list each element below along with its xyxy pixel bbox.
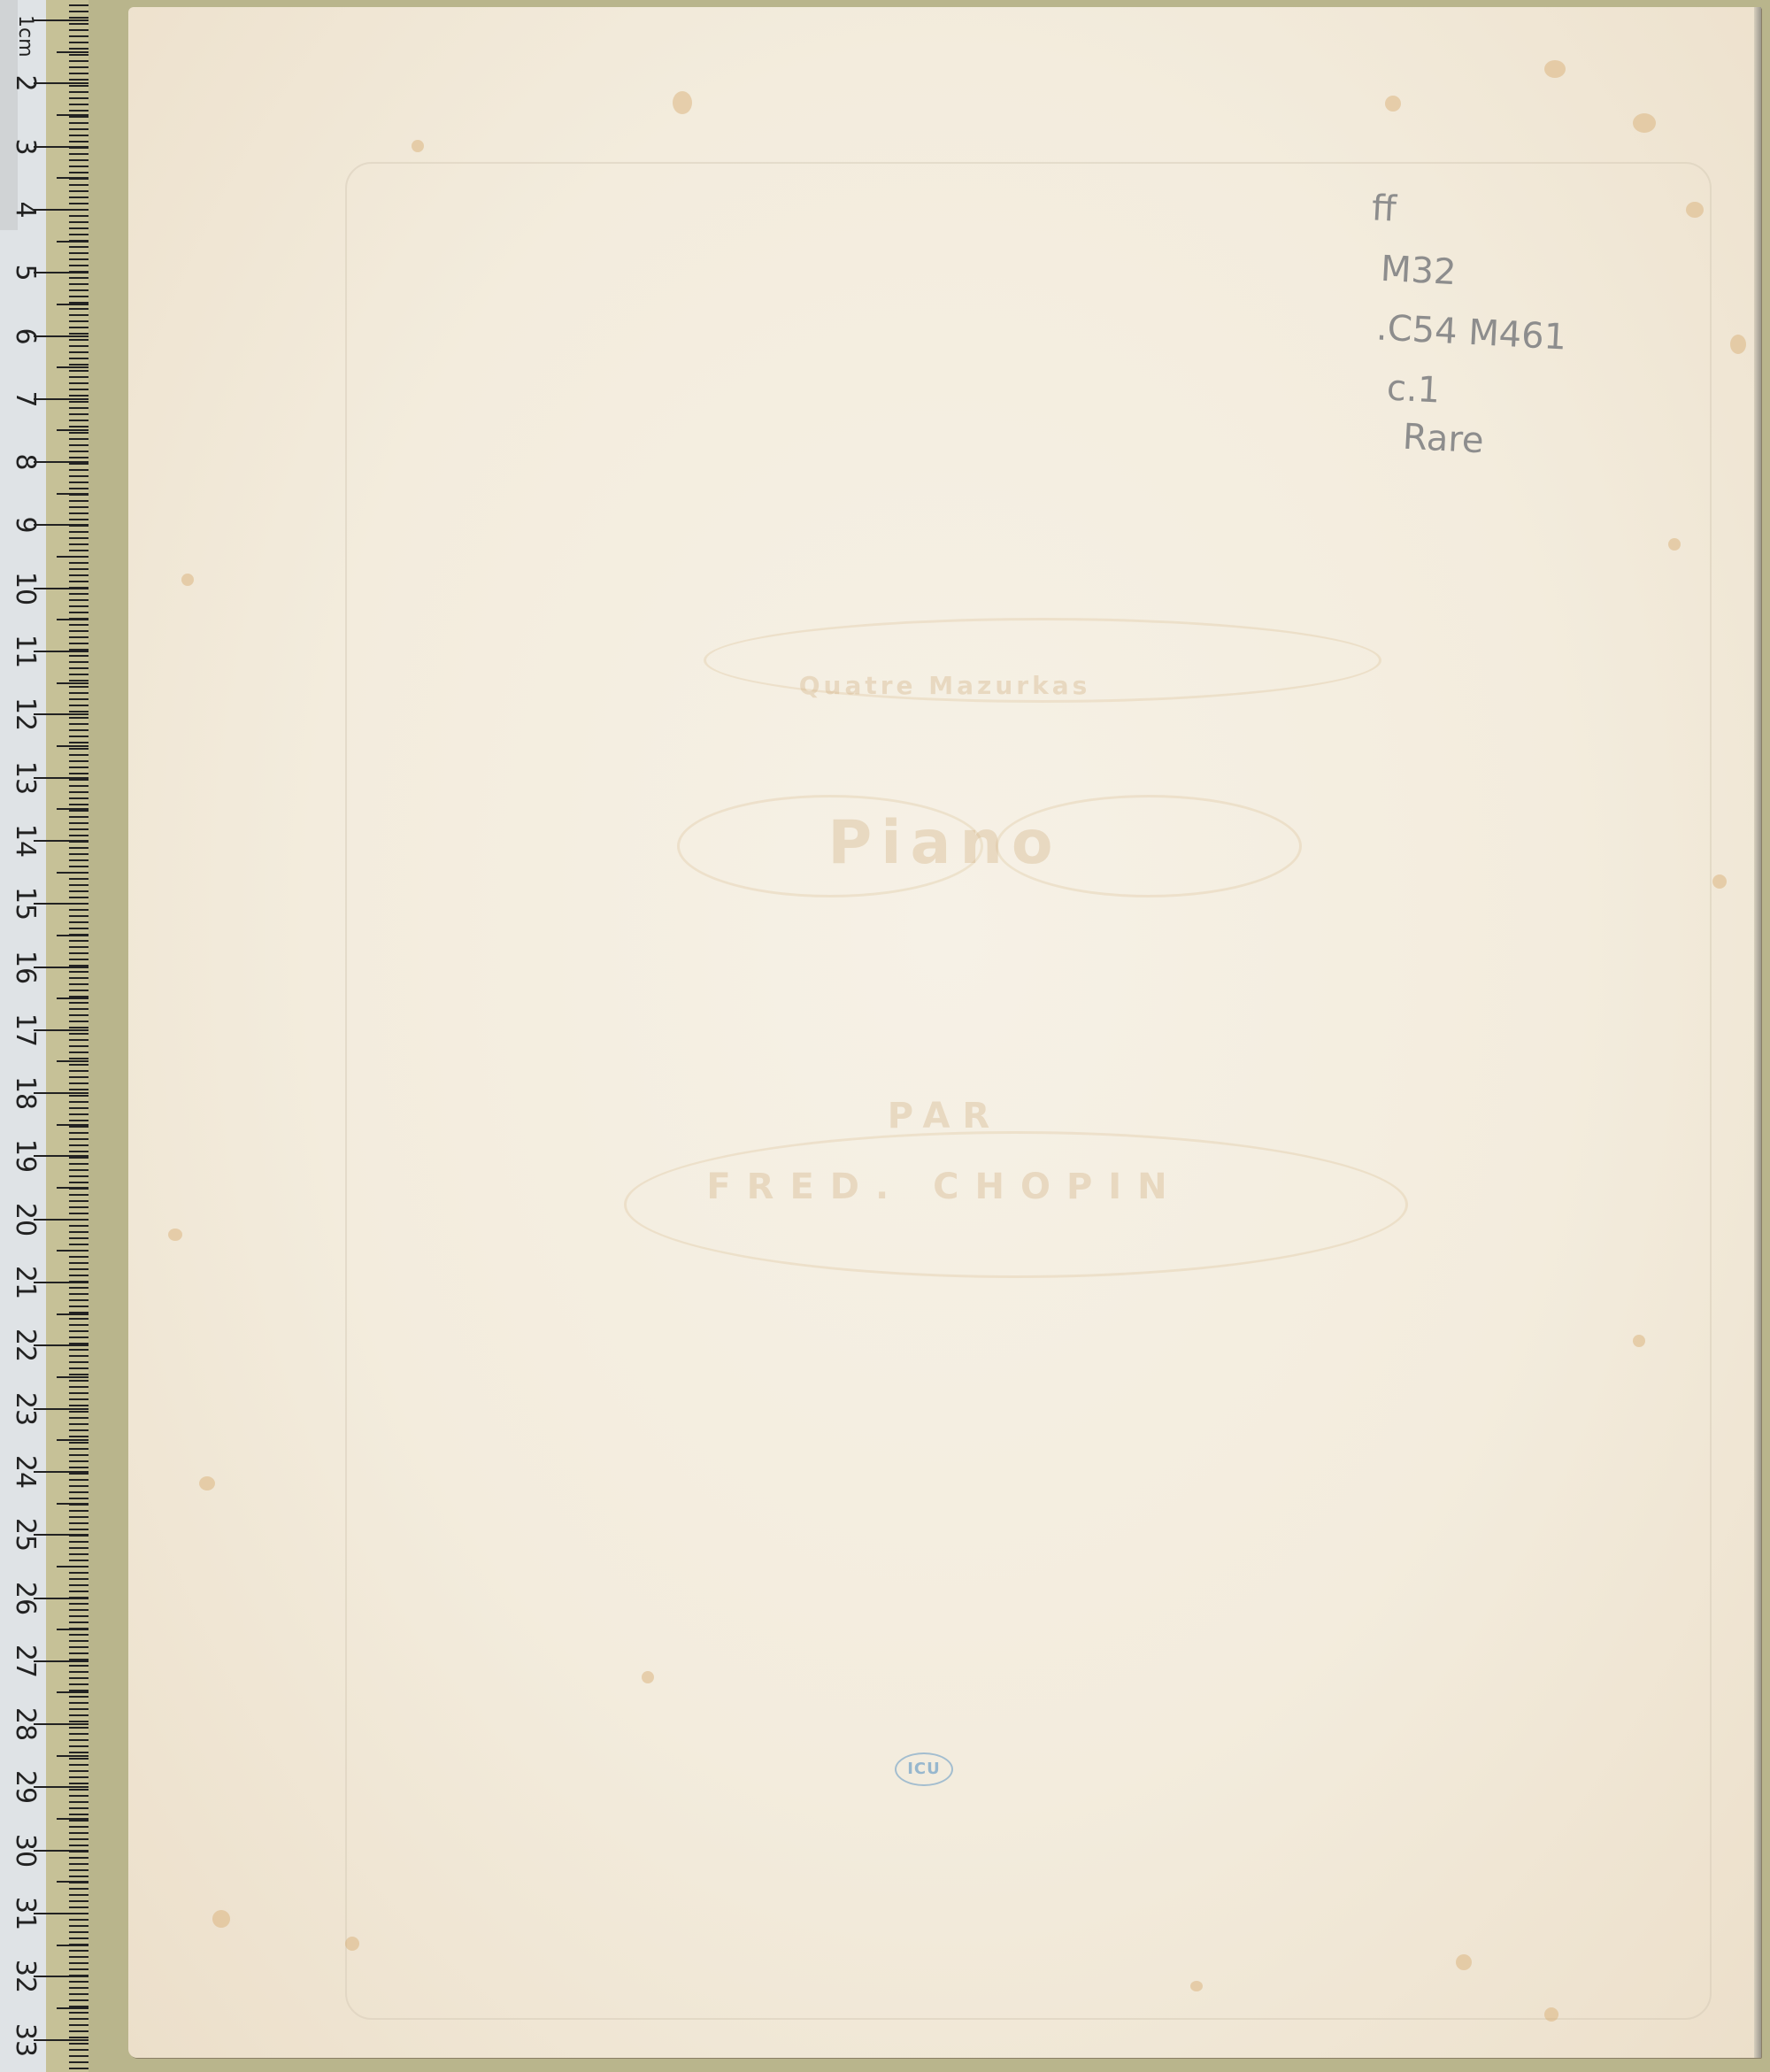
ruler-major-tick [34, 2039, 88, 2041]
ruler-major-tick [34, 651, 88, 652]
ruler-label: 17 [12, 1013, 38, 1048]
ruler-label: 14 [12, 823, 38, 859]
ruler-half-tick [57, 872, 88, 874]
ruler-major-tick [34, 524, 88, 526]
ruler-major-tick [34, 1660, 88, 1662]
ruler-half-tick [57, 619, 88, 620]
plate-mark [345, 162, 1712, 2020]
ruler-half-tick [57, 1187, 88, 1189]
ruler-label: 30 [12, 1833, 38, 1868]
library-stamp: ICU [895, 1752, 953, 1786]
show-through-line-4: FRED. CHOPIN [128, 1167, 1761, 1207]
ruler-major-tick [34, 1976, 88, 1977]
foxing-spot [642, 1671, 654, 1683]
ruler-half-tick [57, 1124, 88, 1126]
ruler-half-tick [57, 1566, 88, 1567]
ruler-label: 26 [12, 1581, 38, 1616]
show-through-line-3: PAR [128, 1096, 1761, 1136]
ruler-label: 13 [12, 760, 38, 796]
foxing-spot [1686, 202, 1704, 218]
foxing-spot [1544, 2007, 1558, 2022]
ruler-half-tick [57, 1060, 88, 1062]
ruler-half-tick [57, 808, 88, 810]
ruler-label: 29 [12, 1769, 38, 1805]
ruler-major-tick [34, 146, 88, 148]
foxing-spot [1385, 96, 1401, 112]
ruler-half-tick [57, 304, 88, 305]
annotation-line-4: c.1 [1386, 370, 1441, 408]
document-page: Quatre Mazurkas Piano PAR FRED. CHOPIN f… [128, 7, 1761, 2058]
ruler-half-tick [57, 1945, 88, 1946]
ruler-half-tick [57, 682, 88, 684]
ruler-major-tick [34, 1408, 88, 1410]
foxing-spot [1456, 1954, 1472, 1970]
ruler-major-tick [34, 1913, 88, 1914]
ruler-label: 9 [12, 507, 38, 543]
ruler-label: 11 [12, 634, 38, 669]
ruler-label: 22 [12, 1328, 38, 1363]
ruler-major-tick [34, 272, 88, 273]
foxing-spot [1544, 60, 1566, 78]
ruler-major-tick [34, 1471, 88, 1473]
ruler-major-tick [34, 82, 88, 84]
ruler-major-tick [34, 840, 88, 842]
foxing-spot [1668, 538, 1681, 551]
ruler-label: 32 [12, 1959, 38, 1994]
ruler-label: 31 [12, 1896, 38, 1931]
ruler-label: 18 [12, 1075, 38, 1111]
ruler-half-tick [57, 556, 88, 558]
ruler-half-tick [57, 366, 88, 368]
ruler-half-tick [57, 1376, 88, 1378]
ruler-label: 8 [12, 444, 38, 480]
ruler-label: 24 [12, 1454, 38, 1490]
ruler-label: 27 [12, 1644, 38, 1679]
ruler-major-tick [34, 903, 88, 905]
show-through-line-1: Quatre Mazurkas [128, 671, 1761, 700]
ruler-label: 21 [12, 1265, 38, 1300]
ruler-major-tick [34, 1723, 88, 1725]
ruler-half-tick [57, 1818, 88, 1820]
ruler-half-tick [57, 177, 88, 179]
ruler-label: 2 [12, 65, 38, 101]
foxing-spot [412, 140, 424, 152]
ruler-label: 3 [12, 129, 38, 165]
ruler-major-tick [34, 967, 88, 968]
ruler-major-tick [34, 19, 88, 21]
ruler-half-tick [57, 1313, 88, 1315]
foxing-spot [345, 1937, 359, 1951]
paper-edge [1754, 7, 1761, 2058]
ruler-half-tick [57, 2007, 88, 2009]
annotation-line-3: .C54 M461 [1375, 310, 1567, 355]
ruler-label: 6 [12, 319, 38, 354]
ruler-half-tick [57, 1439, 88, 1441]
ruler-half-tick [57, 1629, 88, 1630]
ruler-major-tick [34, 588, 88, 589]
foxing-spot [1730, 335, 1746, 354]
ruler-label: 23 [12, 1391, 38, 1427]
ruler-major-tick [34, 335, 88, 337]
foxing-spot [168, 1229, 182, 1241]
ruler-half-tick [57, 429, 88, 431]
ruler-major-tick [34, 713, 88, 715]
ruler-major-tick [34, 1282, 88, 1283]
ruler-major-tick [34, 1786, 88, 1788]
ruler-major-tick [34, 1598, 88, 1599]
ruler-label: 12 [12, 697, 38, 732]
ruler-major-tick [34, 1029, 88, 1031]
annotation-line-2: M32 [1380, 251, 1457, 290]
ruler-label: 33 [12, 2022, 38, 2058]
ruler-major-tick [34, 777, 88, 779]
annotation-line-5: Rare [1402, 420, 1485, 459]
foxing-spot [1633, 113, 1656, 133]
ruler-major-tick [34, 1219, 88, 1221]
ruler-half-tick [57, 935, 88, 936]
foxing-spot [199, 1476, 215, 1490]
ruler-half-tick [57, 1755, 88, 1757]
ruler-major-tick [34, 398, 88, 400]
ruler-half-tick [57, 997, 88, 999]
ruler-major-tick [34, 1155, 88, 1157]
ruler-label: 28 [12, 1706, 38, 1742]
ruler-label: 20 [12, 1202, 38, 1237]
ruler-half-tick [57, 1881, 88, 1883]
ruler-major-tick [34, 1092, 88, 1094]
foxing-spot [1633, 1335, 1645, 1347]
ruler-major-tick [34, 1850, 88, 1852]
ruler-half-tick [57, 241, 88, 243]
ruler-half-tick [57, 114, 88, 116]
ruler-label: 5 [12, 255, 38, 290]
ruler-label: 19 [12, 1138, 38, 1174]
ruler-half-tick [57, 745, 88, 747]
ruler-label: 25 [12, 1517, 38, 1552]
ruler-half-tick [57, 1691, 88, 1693]
ruler-half-tick [57, 493, 88, 495]
measurement-ruler: 1cm 234567891011121314151617181920212223… [0, 0, 88, 2072]
ruler-label: 4 [12, 192, 38, 227]
ruler-major-tick [34, 461, 88, 463]
foxing-spot [181, 574, 194, 586]
ruler-half-tick [57, 1503, 88, 1505]
foxing-spot [673, 91, 692, 114]
ruler-label: 7 [12, 381, 38, 417]
ruler-major-tick [34, 1344, 88, 1346]
ruler-half-tick [57, 1250, 88, 1252]
ruler-label: 10 [12, 571, 38, 606]
ruler-half-tick [57, 51, 88, 53]
show-through-line-2: Piano [128, 808, 1761, 878]
ruler-mm-ticks [69, 0, 88, 2072]
ruler-label: 15 [12, 886, 38, 921]
ruler-label: 16 [12, 950, 38, 985]
ruler-major-tick [34, 209, 88, 211]
foxing-spot [212, 1910, 230, 1928]
annotation-line-1: ff [1371, 190, 1397, 227]
foxing-spot [1190, 1981, 1203, 1991]
ruler-major-tick [34, 1534, 88, 1536]
